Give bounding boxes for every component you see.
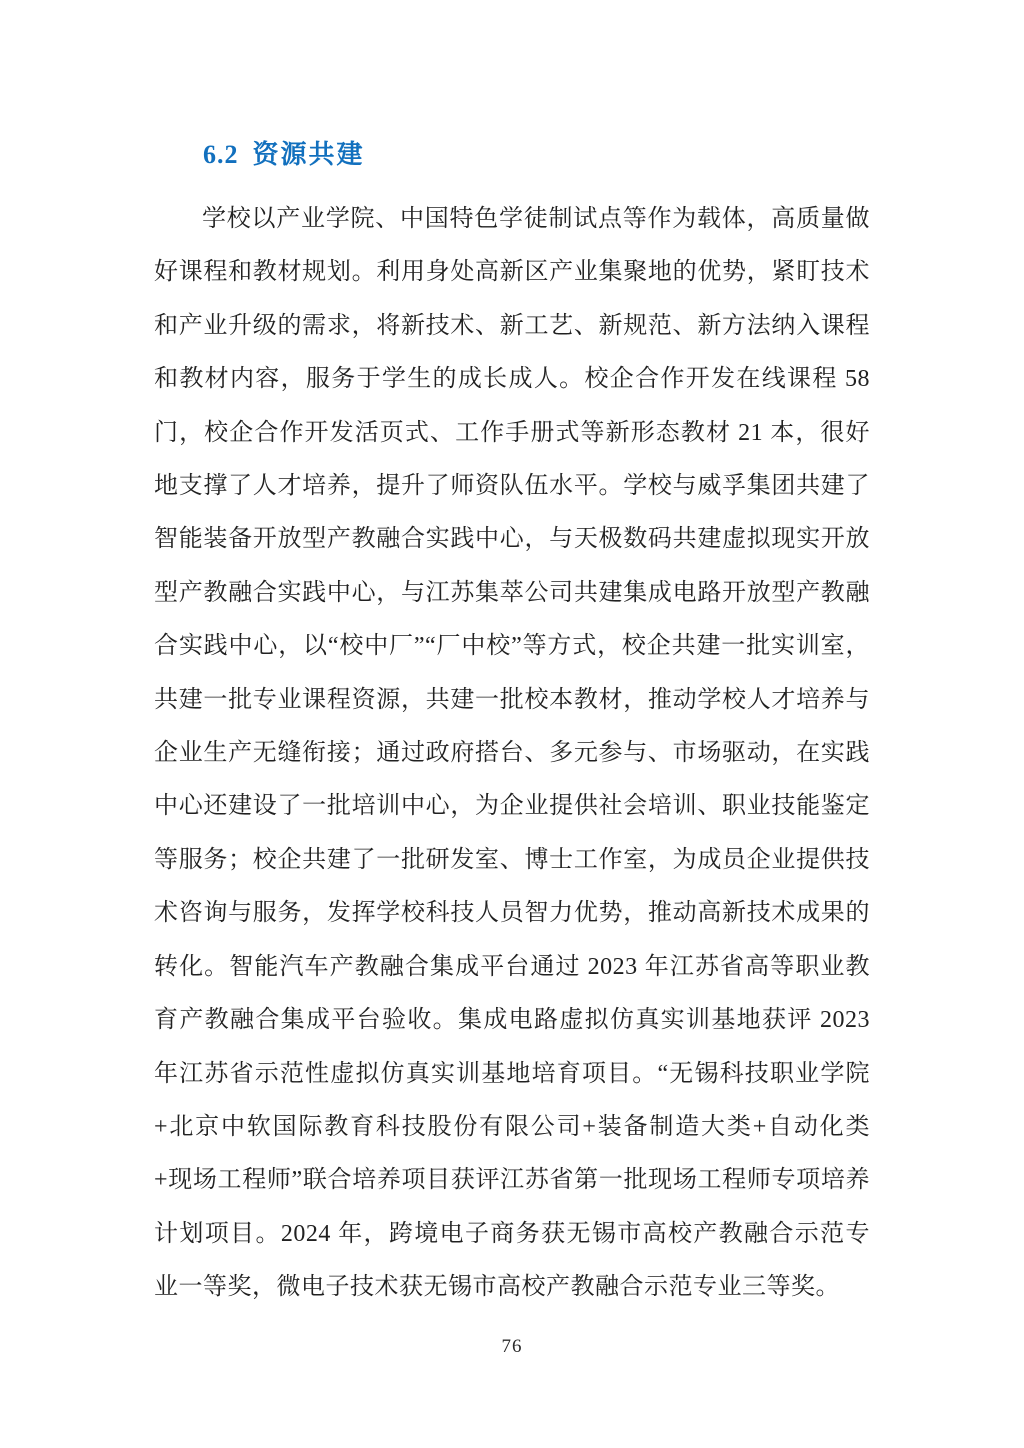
body-paragraph: 学校以产业学院、中国特色学徒制试点等作为载体，高质量做好课程和教材规划。利用身处… <box>154 193 870 1315</box>
section-title: 资源共建 <box>253 139 365 169</box>
section-number: 6.2 <box>203 140 239 169</box>
section-heading: 6.2资源共建 <box>203 138 365 172</box>
page-number: 76 <box>0 1336 1024 1358</box>
document-page: 6.2资源共建 学校以产业学院、中国特色学徒制试点等作为载体，高质量做好课程和教… <box>0 0 1024 1448</box>
